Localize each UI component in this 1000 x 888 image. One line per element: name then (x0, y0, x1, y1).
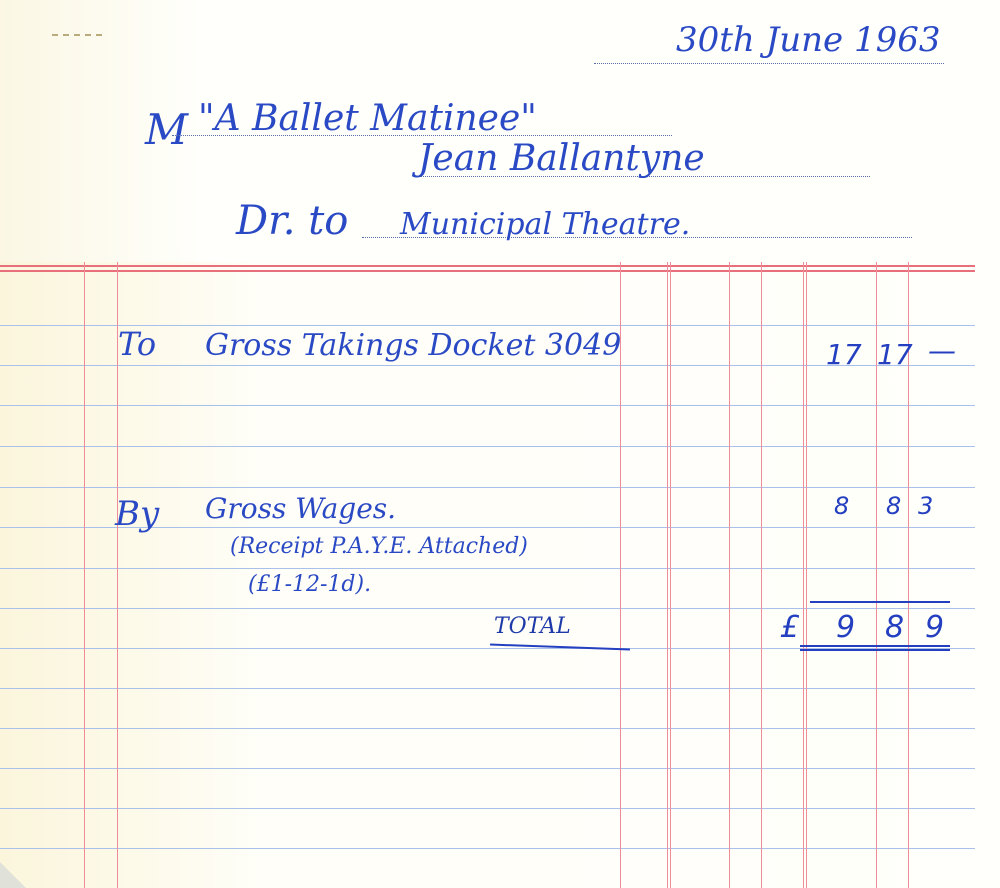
ledger-page: 30th June 1963 M "A Ballet Matinee" Jean… (0, 0, 1000, 888)
entry-shillings: 8 (886, 492, 901, 520)
total-pounds: 9 (836, 610, 855, 645)
debtor-prefix: Dr. to (236, 198, 348, 244)
header-red-rule-2 (0, 270, 975, 272)
total-label: TOTAL (494, 614, 571, 639)
column-rule (761, 262, 762, 888)
ruled-line (0, 405, 975, 406)
entry-note-1: (Receipt P.A.Y.E. Attached) (230, 534, 528, 559)
entry-note-2: (£1-12-1d). (248, 572, 371, 597)
total-pence: 9 (925, 610, 944, 645)
ruled-line (0, 728, 975, 729)
column-rule (729, 262, 730, 888)
pencil-mark (52, 32, 102, 36)
total-label-underline (490, 644, 630, 651)
column-rule (806, 262, 807, 888)
ruled-line (0, 768, 975, 769)
page-corner (0, 862, 26, 888)
entry-prefix-to: To (118, 325, 156, 363)
column-rule (667, 262, 668, 888)
entry-pounds: 8 (834, 492, 849, 520)
header-red-rule-1 (0, 265, 975, 267)
entry-description: Gross Takings Docket 3049 (205, 328, 621, 363)
ruled-line (0, 848, 975, 849)
total-shillings: 8 (885, 610, 904, 645)
ruled-line (0, 608, 975, 609)
entry-pence: 3 (918, 492, 933, 520)
addressee-line-2: Jean Ballantyne (418, 138, 705, 179)
entry-shillings: 17 (877, 338, 913, 371)
date-dotted-line (594, 63, 944, 64)
date-text: 30th June 1963 (676, 20, 941, 60)
entry-description: Gross Wages. (205, 492, 396, 525)
creditor-name: Municipal Theatre. (400, 207, 690, 242)
total-double-rule-2 (800, 649, 950, 651)
column-rule (670, 262, 671, 888)
margin-rule (84, 262, 85, 888)
entry-pounds: 17 (826, 338, 862, 371)
ruled-line (0, 487, 975, 488)
entry-prefix-by: By (115, 494, 159, 534)
total-double-rule-1 (800, 645, 950, 647)
total-top-rule (810, 601, 950, 603)
ruled-line (0, 808, 975, 809)
entry-pence: — (928, 334, 956, 367)
ruled-line (0, 446, 975, 447)
column-rule (803, 262, 804, 888)
ruled-line (0, 568, 975, 569)
addressee-prefix: M (145, 105, 188, 154)
ruled-line (0, 688, 975, 689)
total-currency: £ (780, 610, 799, 645)
addressee-line-1: "A Ballet Matinee" (198, 98, 537, 139)
